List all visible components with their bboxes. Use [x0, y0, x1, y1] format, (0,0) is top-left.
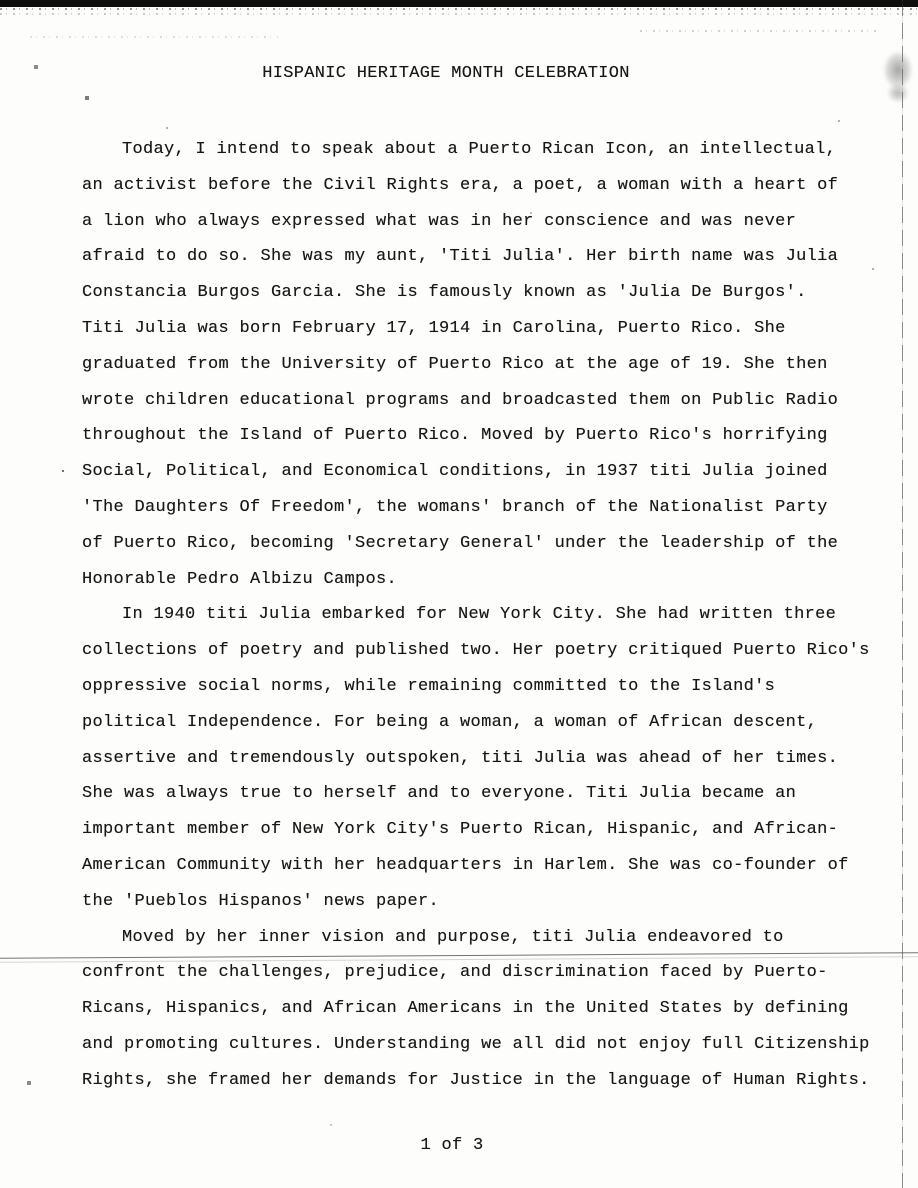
paragraph: In 1940 titi Julia embarked for New York… [82, 597, 898, 919]
text-line: Rights, she framed her demands for Justi… [82, 1063, 898, 1099]
text-line: a lion who always expressed what was in … [82, 204, 898, 240]
page-title: HISPANIC HERITAGE MONTH CELEBRATION [0, 64, 892, 83]
paragraph: Today, I intend to speak about a Puerto … [82, 132, 898, 597]
text-line: 'The Daughters Of Freedom', the womans' … [82, 490, 898, 526]
text-line: afraid to do so. She was my aunt, 'Titi … [82, 239, 898, 275]
text-line: American Community with her headquarters… [82, 848, 898, 884]
text-line: Ricans, Hispanics, and African Americans… [82, 991, 898, 1027]
text-line: wrote children educational programs and … [82, 383, 898, 419]
text-line: In 1940 titi Julia embarked for New York… [82, 597, 898, 633]
text-line: Titi Julia was born February 17, 1914 in… [82, 311, 898, 347]
scan-speckles [0, 0, 2, 2]
paragraph: Moved by her inner vision and purpose, t… [82, 920, 898, 1099]
text-line: Social, Political, and Economical condit… [82, 454, 898, 490]
text-line: Today, I intend to speak about a Puerto … [82, 132, 898, 168]
scan-noise-strip [30, 36, 278, 38]
text-line: confront the challenges, prejudice, and … [82, 955, 898, 991]
page-number: 1 of 3 [0, 1136, 904, 1155]
text-line: an activist before the Civil Rights era,… [82, 168, 898, 204]
document-page: HISPANIC HERITAGE MONTH CELEBRATION Toda… [0, 0, 918, 1188]
text-line: and promoting cultures. Understanding we… [82, 1027, 898, 1063]
text-line: of Puerto Rico, becoming 'Secretary Gene… [82, 526, 898, 562]
text-line: She was always true to herself and to ev… [82, 776, 898, 812]
text-line: Moved by her inner vision and purpose, t… [82, 920, 898, 956]
text-line: Honorable Pedro Albizu Campos. [82, 562, 898, 598]
scan-noise-strip [0, 8, 918, 10]
text-line: collections of poetry and published two.… [82, 633, 898, 669]
scan-smudge [888, 84, 908, 102]
text-line: the 'Pueblos Hispanos' news paper. [82, 884, 898, 920]
document-body: Today, I intend to speak about a Puerto … [82, 132, 898, 1099]
scan-noise-strip [0, 13, 918, 15]
scan-top-edge [0, 0, 918, 7]
text-line: graduated from the University of Puerto … [82, 347, 898, 383]
text-line: Constancia Burgos Garcia. She is famousl… [82, 275, 898, 311]
text-line: assertive and tremendously outspoken, ti… [82, 741, 898, 777]
text-line: oppressive social norms, while remaining… [82, 669, 898, 705]
scan-noise-strip [640, 30, 878, 32]
text-line: political Independence. For being a woma… [82, 705, 898, 741]
scan-right-edge-line [902, 0, 903, 1188]
text-line: throughout the Island of Puerto Rico. Mo… [82, 418, 898, 454]
text-line: important member of New York City's Puer… [82, 812, 898, 848]
